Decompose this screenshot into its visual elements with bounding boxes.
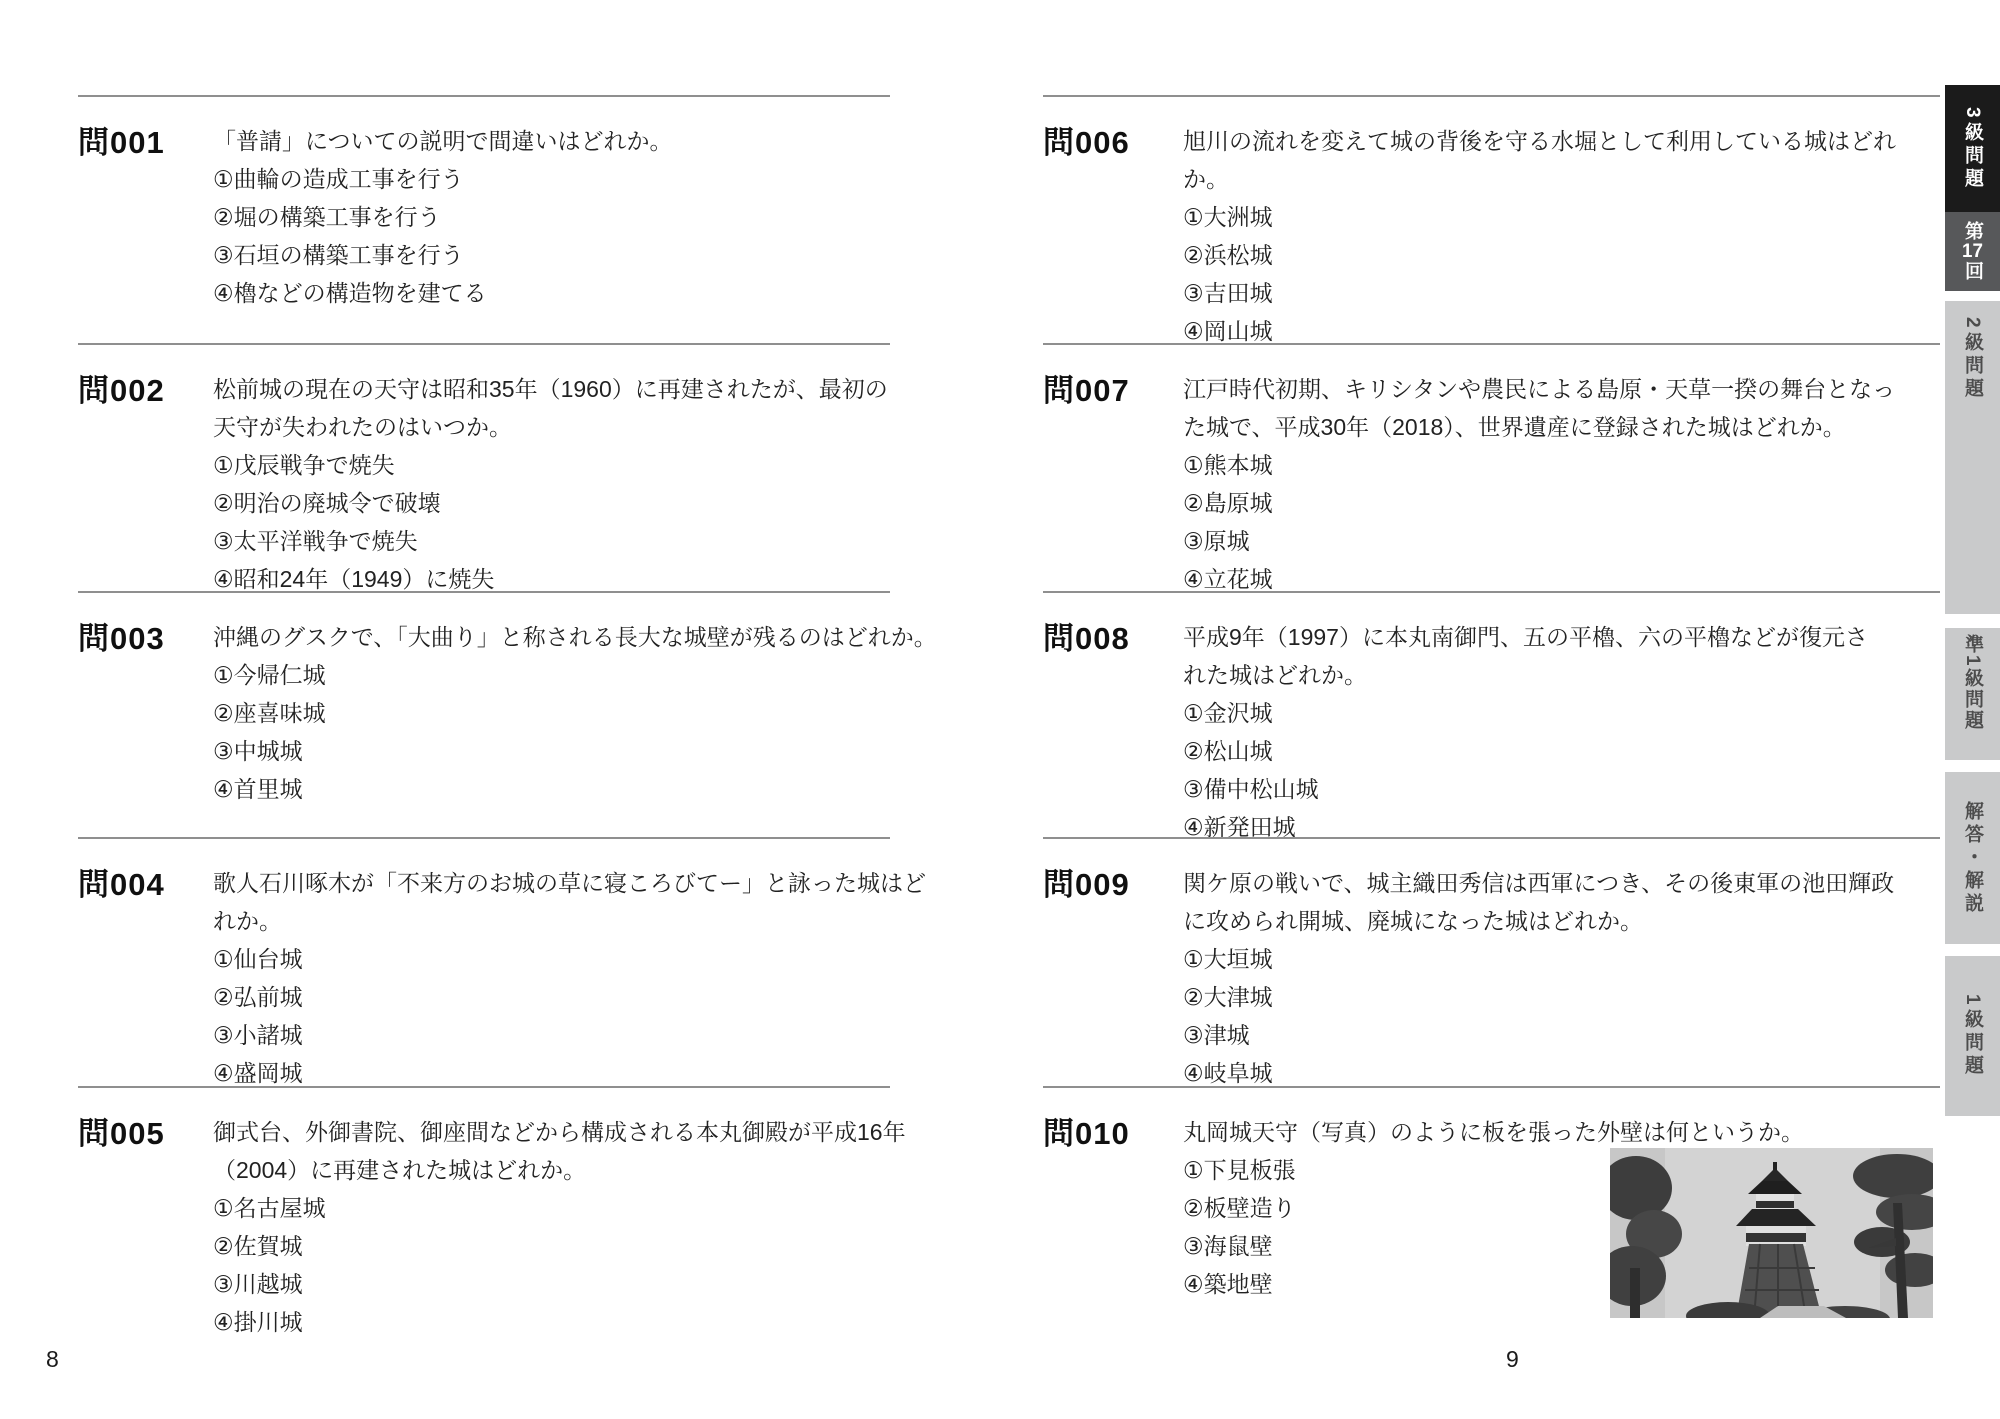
tab-label: 1級問題 xyxy=(1959,994,1986,1078)
question-text-line: 松前城の現在の天守は昭和35年（1960）に再建されたが、最初の xyxy=(213,370,890,408)
option-2: ②堀の構築工事を行う xyxy=(213,198,890,236)
question-text-line: に攻められ開城、廃城になった城はどれか。 xyxy=(1183,902,1940,940)
option-3: ③津城 xyxy=(1183,1016,1940,1054)
question-text-line: 御式台、外御書院、御座間などから構成される本丸御殿が平成16年 xyxy=(213,1113,890,1151)
question-text-line: か。 xyxy=(1183,160,1940,198)
tab-text-part: 17 xyxy=(1962,242,1983,261)
question-number: 問004 xyxy=(78,859,165,904)
question-body: 旭川の流れを変えて城の背後を守る水堀として利用している城はどれ か。 ①大洲城 … xyxy=(1183,97,1940,350)
question-text-line: 天守が失われたのはいつか。 xyxy=(213,408,890,446)
tab-round-17: 第17回 xyxy=(1945,212,2000,291)
question-body: 御式台、外御書院、御座間などから構成される本丸御殿が平成16年 （2004）に再… xyxy=(213,1088,890,1341)
question-block-006: 問006 旭川の流れを変えて城の背後を守る水堀として利用している城はどれ か。 … xyxy=(1043,95,1940,350)
question-text-line: 歌人石川啄木が「不来方のお城の草に寝ころびてー」と詠った城はど xyxy=(213,864,890,902)
option-1: ①仙台城 xyxy=(213,940,890,978)
option-2: ②島原城 xyxy=(1183,484,1940,522)
option-3: ③吉田城 xyxy=(1183,274,1940,312)
question-number: 問002 xyxy=(78,365,165,410)
option-2: ②座喜味城 xyxy=(213,694,890,732)
option-4: ④首里城 xyxy=(213,770,890,808)
question-number: 問006 xyxy=(1043,117,1130,162)
option-4: ④櫓などの構造物を建てる xyxy=(213,274,890,312)
option-1: ①大垣城 xyxy=(1183,940,1940,978)
question-block-001: 問001 「普請」についての説明で間違いはどれか。 ①曲輪の造成工事を行う ②堀… xyxy=(78,95,890,312)
question-number: 問007 xyxy=(1043,365,1130,410)
question-body: 関ケ原の戦いで、城主織田秀信は西軍につき、その後東軍の池田輝政 に攻められ開城、… xyxy=(1183,839,1940,1092)
option-2: ②佐賀城 xyxy=(213,1227,890,1265)
option-2: ②松山城 xyxy=(1183,732,1940,770)
page-number-left: 8 xyxy=(46,1346,59,1373)
tab-answers-explanations: 解答・解説 xyxy=(1945,772,2000,944)
option-1: ①熊本城 xyxy=(1183,446,1940,484)
question-number: 問008 xyxy=(1043,613,1130,658)
option-1: ①名古屋城 xyxy=(213,1189,890,1227)
question-block-004: 問004 歌人石川啄木が「不来方のお城の草に寝ころびてー」と詠った城はど れか。… xyxy=(78,837,890,1092)
option-1: ①大洲城 xyxy=(1183,198,1940,236)
tab-grade2-questions: 2級問題 xyxy=(1945,301,2000,614)
question-block-002: 問002 松前城の現在の天守は昭和35年（1960）に再建されたが、最初の 天守… xyxy=(78,343,890,598)
question-block-010: 問010 丸岡城天守（写真）のように板を張った外壁は何というか。 ①下見板張 ②… xyxy=(1043,1086,1940,1303)
question-text-line: た城で、平成30年（2018）、世界遺産に登録された城はどれか。 xyxy=(1183,408,1940,446)
question-block-008: 問008 平成9年（1997）に本丸南御門、五の平櫓、六の平櫓などが復元さ れた… xyxy=(1043,591,1940,846)
question-block-005: 問005 御式台、外御書院、御座間などから構成される本丸御殿が平成16年 （20… xyxy=(78,1086,890,1341)
tab-grade3-questions: 3級問題 xyxy=(1945,85,2000,212)
option-3: ③太平洋戦争で焼失 xyxy=(213,522,890,560)
question-text-line: 丸岡城天守（写真）のように板を張った外壁は何というか。 xyxy=(1183,1113,1940,1151)
tab-grade1-questions: 1級問題 xyxy=(1945,956,2000,1116)
question-body: 松前城の現在の天守は昭和35年（1960）に再建されたが、最初の 天守が失われた… xyxy=(213,345,890,598)
question-number: 問005 xyxy=(78,1108,165,1153)
question-text-line: れか。 xyxy=(213,902,890,940)
option-3: ③川越城 xyxy=(213,1265,890,1303)
question-number: 問003 xyxy=(78,613,165,658)
option-1: ①金沢城 xyxy=(1183,694,1940,732)
question-body: 「普請」についての説明で間違いはどれか。 ①曲輪の造成工事を行う ②堀の構築工事… xyxy=(213,97,890,312)
question-body: 平成9年（1997）に本丸南御門、五の平櫓、六の平櫓などが復元さ れた城はどれか… xyxy=(1183,593,1940,846)
question-text-line: 沖縄のグスクで、「大曲り」と称される長大な城壁が残るのはどれか。 xyxy=(213,618,890,656)
option-3: ③備中松山城 xyxy=(1183,770,1940,808)
question-block-007: 問007 江戸時代初期、キリシタンや農民による島原・天草一揆の舞台となっ た城で… xyxy=(1043,343,1940,598)
maruoka-castle-keep-photo xyxy=(1610,1148,1933,1318)
option-3: ③小諸城 xyxy=(213,1016,890,1054)
tab-text-part: 回 xyxy=(1962,261,1983,282)
tab-label: 2級問題 xyxy=(1959,301,1986,401)
tab-label: 準1級問題 xyxy=(1959,628,1986,731)
question-body: 歌人石川啄木が「不来方のお城の草に寝ころびてー」と詠った城はど れか。 ①仙台城… xyxy=(213,839,890,1092)
page-number-right: 9 xyxy=(1506,1346,1519,1373)
option-3: ③中城城 xyxy=(213,732,890,770)
option-2: ②弘前城 xyxy=(213,978,890,1016)
question-text-line: 旭川の流れを変えて城の背後を守る水堀として利用している城はどれ xyxy=(1183,122,1940,160)
question-number: 問001 xyxy=(78,117,165,162)
option-2: ②浜松城 xyxy=(1183,236,1940,274)
question-body: 江戸時代初期、キリシタンや農民による島原・天草一揆の舞台となっ た城で、平成30… xyxy=(1183,345,1940,598)
question-text-line: （2004）に再建された城はどれか。 xyxy=(213,1151,890,1189)
tab-grade-pre1-questions: 準1級問題 xyxy=(1945,628,2000,760)
option-2: ②明治の廃城令で破壊 xyxy=(213,484,890,522)
option-1: ①今帰仁城 xyxy=(213,656,890,694)
tab-label: 解答・解説 xyxy=(1959,801,1986,916)
question-text-line: 関ケ原の戦いで、城主織田秀信は西軍につき、その後東軍の池田輝政 xyxy=(1183,864,1940,902)
option-3: ③原城 xyxy=(1183,522,1940,560)
question-number: 問010 xyxy=(1043,1108,1130,1153)
option-2: ②大津城 xyxy=(1183,978,1940,1016)
question-number: 問009 xyxy=(1043,859,1130,904)
tab-label: 第17回 xyxy=(1959,221,1986,282)
question-text-line: れた城はどれか。 xyxy=(1183,656,1940,694)
question-block-009: 問009 関ケ原の戦いで、城主織田秀信は西軍につき、その後東軍の池田輝政 に攻め… xyxy=(1043,837,1940,1092)
question-text-line: 江戸時代初期、キリシタンや農民による島原・天草一揆の舞台となっ xyxy=(1183,370,1940,408)
question-text-line: 平成9年（1997）に本丸南御門、五の平櫓、六の平櫓などが復元さ xyxy=(1183,618,1940,656)
question-text-line: 「普請」についての説明で間違いはどれか。 xyxy=(213,122,890,160)
tab-text-part: 第 xyxy=(1962,221,1983,242)
question-block-003: 問003 沖縄のグスクで、「大曲り」と称される長大な城壁が残るのはどれか。 ①今… xyxy=(78,591,890,808)
option-1: ①曲輪の造成工事を行う xyxy=(213,160,890,198)
tab-label: 3級問題 xyxy=(1959,107,1986,191)
option-4: ④掛川城 xyxy=(213,1303,890,1341)
option-3: ③石垣の構築工事を行う xyxy=(213,236,890,274)
option-1: ①戊辰戦争で焼失 xyxy=(213,446,890,484)
question-body: 沖縄のグスクで、「大曲り」と称される長大な城壁が残るのはどれか。 ①今帰仁城 ②… xyxy=(213,593,890,808)
